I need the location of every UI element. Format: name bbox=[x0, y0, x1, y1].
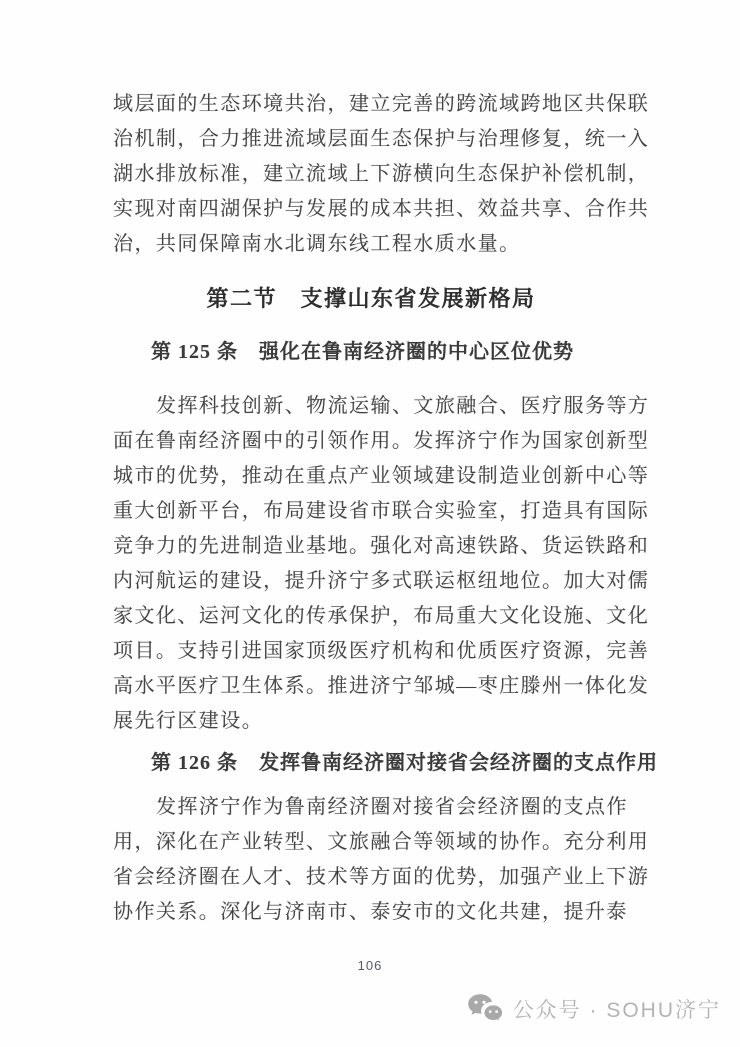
text-line: 湖水排放标准，建立流域上下游横向生态保护补偿机制， bbox=[113, 157, 629, 192]
document-text-column: 域层面的生态环境共治，建立完善的跨流域跨地区共保联治机制，合力推进流域层面生态保… bbox=[113, 87, 629, 930]
text-line: 域层面的生态环境共治，建立完善的跨流域跨地区共保联 bbox=[113, 87, 629, 122]
section-heading: 第二节 支撑山东省发展新格局 bbox=[113, 284, 629, 314]
text-line: 展先行区建设。 bbox=[113, 704, 629, 739]
page-number: 106 bbox=[0, 958, 740, 973]
text-line: 省会经济圈在人才、技术等方面的优势，加强产业上下游 bbox=[113, 860, 629, 895]
paragraph-article-126: 发挥济宁作为鲁南经济圈对接省会经济圈的支点作用，深化在产业转型、文旅融合等领域的… bbox=[113, 790, 629, 930]
article-126-heading: 第 126 条 发挥鲁南经济圈对接省会经济圈的支点作用 bbox=[113, 749, 629, 777]
text-line: 重大创新平台，布局建设省市联合实验室，打造具有国际 bbox=[113, 494, 629, 529]
text-line: 治，共同保障南水北调东线工程水质水量。 bbox=[113, 227, 629, 262]
text-line: 竞争力的先进制造业基地。强化对高速铁路、货运铁路和 bbox=[113, 529, 629, 564]
watermark-label: 公众号 · SOHU济宁 bbox=[513, 994, 721, 1024]
publisher-watermark: 公众号 · SOHU济宁 bbox=[467, 993, 721, 1025]
text-line: 治机制，合力推进流域层面生态保护与治理修复，统一入 bbox=[113, 122, 629, 157]
text-line: 高水平医疗卫生体系。推进济宁邹城—枣庄滕州一体化发 bbox=[113, 669, 629, 704]
text-line: 家文化、运河文化的传承保护，布局重大文化设施、文化 bbox=[113, 599, 629, 634]
text-line: 项目。支持引进国家顶级医疗机构和优质医疗资源，完善 bbox=[113, 634, 629, 669]
text-line: 协作关系。深化与济南市、泰安市的文化共建，提升泰 bbox=[113, 895, 629, 930]
text-line: 内河航运的建设，提升济宁多式联运枢纽地位。加大对儒 bbox=[113, 564, 629, 599]
text-line: 实现对南四湖保护与发展的成本共担、效益共享、合作共 bbox=[113, 192, 629, 227]
text-line: 城市的优势，推动在重点产业领域建设制造业创新中心等 bbox=[113, 459, 629, 494]
text-line: 发挥济宁作为鲁南经济圈对接省会经济圈的支点作 bbox=[113, 790, 629, 825]
text-line: 面在鲁南经济圈中的引领作用。发挥济宁作为国家创新型 bbox=[113, 424, 629, 459]
text-line: 用，深化在产业转型、文旅融合等领域的协作。充分利用 bbox=[113, 825, 629, 860]
paragraph-continued: 域层面的生态环境共治，建立完善的跨流域跨地区共保联治机制，合力推进流域层面生态保… bbox=[113, 87, 629, 262]
text-line: 发挥科技创新、物流运输、文旅融合、医疗服务等方 bbox=[113, 389, 629, 424]
article-125-heading: 第 125 条 强化在鲁南经济圈的中心区位优势 bbox=[113, 338, 629, 366]
wechat-icon bbox=[467, 993, 504, 1025]
document-page: 域层面的生态环境共治，建立完善的跨流域跨地区共保联治机制，合力推进流域层面生态保… bbox=[0, 0, 740, 1047]
paragraph-article-125: 发挥科技创新、物流运输、文旅融合、医疗服务等方面在鲁南经济圈中的引领作用。发挥济… bbox=[113, 389, 629, 739]
